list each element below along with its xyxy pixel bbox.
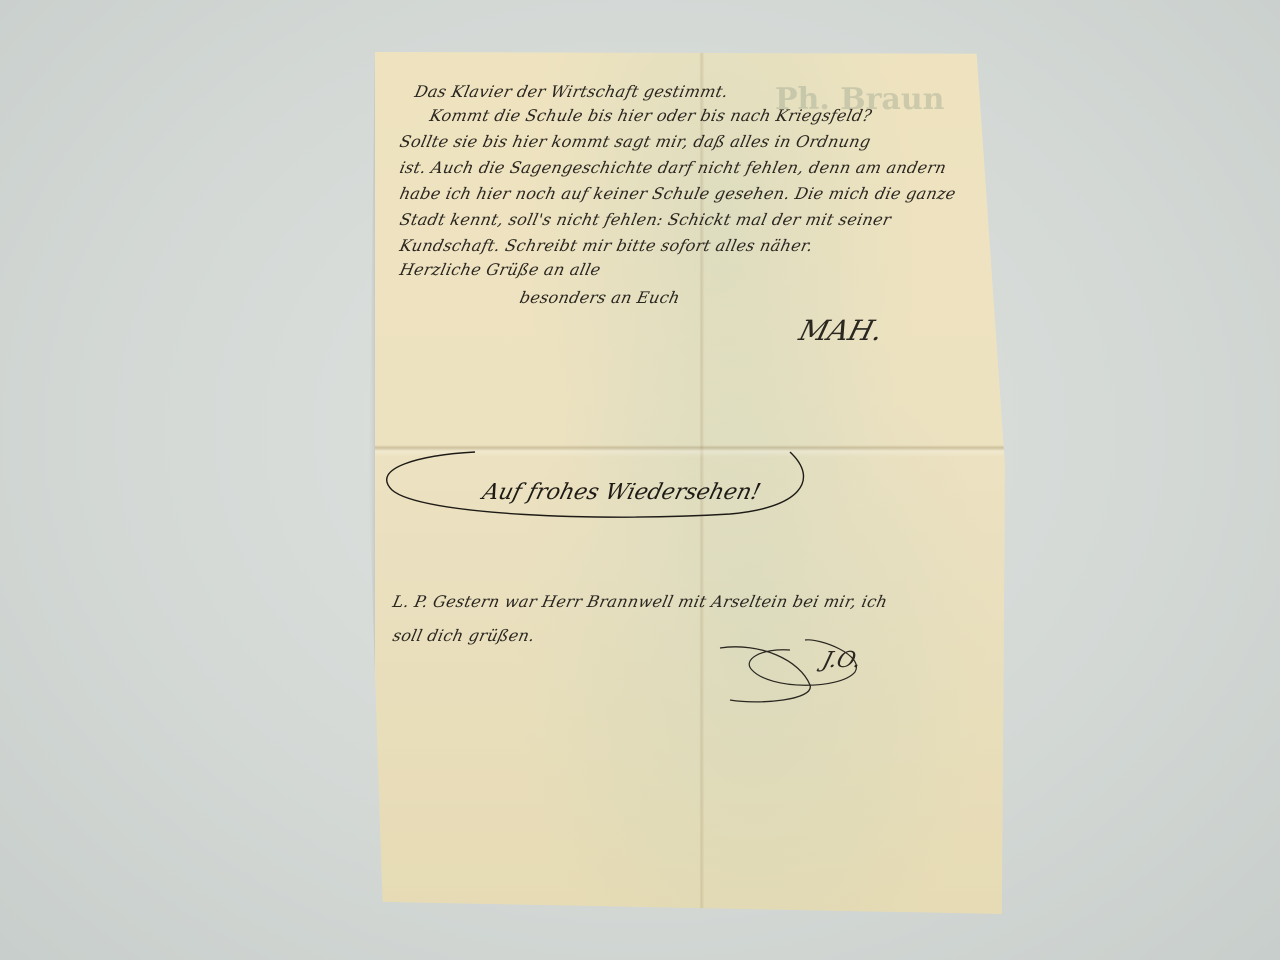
handwritten-line: Sollte sie bis hier kommt sagt mir, daß … <box>398 132 873 151</box>
closing-line: besonders an Euch <box>518 288 682 307</box>
handwritten-line: Kommt die Schule bis hier oder bis nach … <box>428 106 874 125</box>
handwritten-line: Das Klavier der Wirtschaft gestimmt. <box>413 82 730 101</box>
postscript-line: soll dich grüßen. <box>391 626 537 645</box>
postscript-line: L. P. Gestern war Herr Brannwell mit Ars… <box>391 592 889 611</box>
signature-jo: J.O. <box>820 648 865 673</box>
signature-mah: MAH. <box>796 314 887 347</box>
letter-sheet: Ph. Braun Das Klavier der Wirtschaft ges… <box>375 52 1005 914</box>
handwritten-line: habe ich hier noch auf keiner Schule ges… <box>398 184 958 203</box>
printed-motto: Auf frohes Wiedersehen! <box>480 480 763 505</box>
handwritten-line: Kundschaft. Schreibt mir bitte sofort al… <box>398 236 815 255</box>
handwritten-line: ist. Auch die Sagengeschichte darf nicht… <box>398 158 948 177</box>
handwritten-line: Stadt kennt, soll's nicht fehlen: Schick… <box>398 210 893 229</box>
handwritten-line: Herzliche Grüße an alle <box>398 260 603 279</box>
photo-scene: Ph. Braun Das Klavier der Wirtschaft ges… <box>0 0 1280 960</box>
